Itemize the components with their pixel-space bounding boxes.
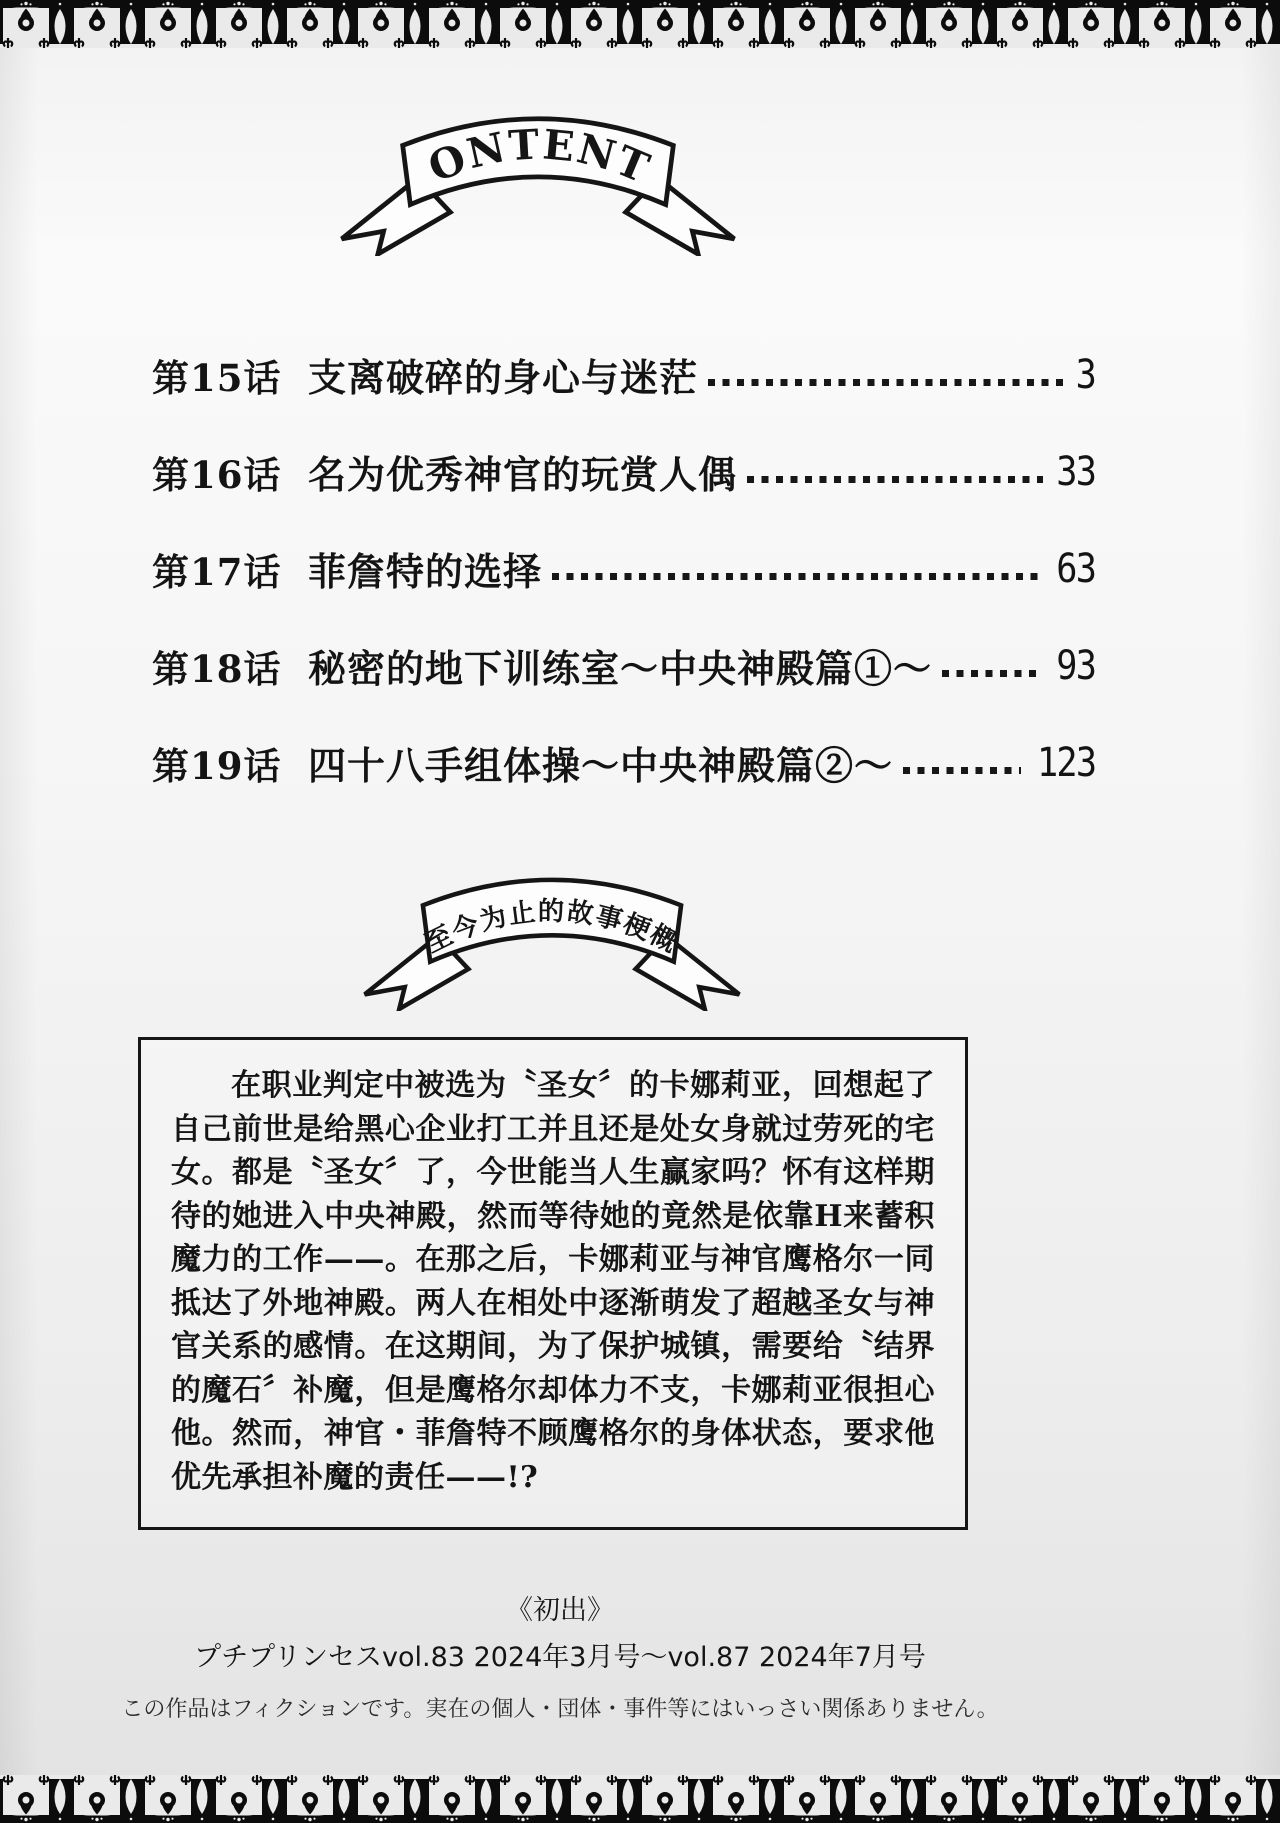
toc-row: 第16话 名为优秀神官的玩赏人偶 33 xyxy=(152,423,1095,520)
table-of-contents: 第15话 支离破碎的身心与迷茫 3 第16话 名为优秀神官的玩赏人偶 33 第1… xyxy=(152,326,1095,811)
dot-leader xyxy=(708,379,1065,386)
chapter-page-number: 63 xyxy=(1056,546,1095,592)
chapter-page-number: 33 xyxy=(1056,449,1095,495)
ornamental-border-bottom-icon xyxy=(0,1775,1280,1823)
chapter-title: 名为优秀神官的玩赏人偶 xyxy=(308,444,737,499)
summary-ribbon-banner: 至今为止的故事梗概 xyxy=(352,856,752,1011)
chapter-page-number: 123 xyxy=(1037,740,1095,786)
synopsis-box: 在职业判定中被选为〝圣女〞的卡娜莉亚，回想起了自己前世是给黑心企业打工并且还是处… xyxy=(138,1037,968,1530)
chapter-title: 秘密的地下训练室～中央神殿篇①～ xyxy=(308,638,932,693)
chapter-number: 第18话 xyxy=(152,639,304,693)
dot-leader xyxy=(903,767,1021,774)
chapter-page-number: 93 xyxy=(1056,643,1095,689)
toc-row: 第19话 四十八手组体操～中央神殿篇②～ 123 xyxy=(152,714,1095,811)
dot-leader xyxy=(747,476,1043,483)
toc-row: 第18话 秘密的地下训练室～中央神殿篇①～ 93 xyxy=(152,617,1095,714)
synopsis-text: 在职业判定中被选为〝圣女〞的卡娜莉亚，回想起了自己前世是给黑心企业打工并且还是处… xyxy=(171,1064,935,1499)
ornamental-border-top-icon xyxy=(0,0,1280,48)
chapter-number: 第17话 xyxy=(152,542,304,596)
chapter-number: 第19话 xyxy=(152,736,304,790)
footer: 《初出》 プチプリンセスvol.83 2024年3月号〜vol.87 2024年… xyxy=(0,1588,1120,1723)
publication-info: プチプリンセスvol.83 2024年3月号〜vol.87 2024年7月号 xyxy=(0,1635,1120,1674)
dot-leader xyxy=(942,670,1043,677)
chapter-number: 第15话 xyxy=(152,348,304,402)
dot-leader xyxy=(552,573,1043,580)
toc-row: 第15话 支离破碎的身心与迷茫 3 xyxy=(152,326,1095,423)
chapter-title: 支离破碎的身心与迷茫 xyxy=(308,347,698,402)
fiction-disclaimer: この作品はフィクションです。実在の個人・団体・事件等にはいっさい関係ありません。 xyxy=(0,1692,1120,1723)
chapter-title: 菲詹特的选择 xyxy=(308,541,542,596)
first-publication-heading: 《初出》 xyxy=(0,1588,1120,1627)
contents-ribbon-banner: CONTENTS xyxy=(328,94,748,256)
chapter-title: 四十八手组体操～中央神殿篇②～ xyxy=(308,735,893,790)
chapter-page-number: 3 xyxy=(1076,352,1095,398)
toc-row: 第17话 菲詹特的选择 63 xyxy=(152,520,1095,617)
chapter-number: 第16话 xyxy=(152,445,304,499)
